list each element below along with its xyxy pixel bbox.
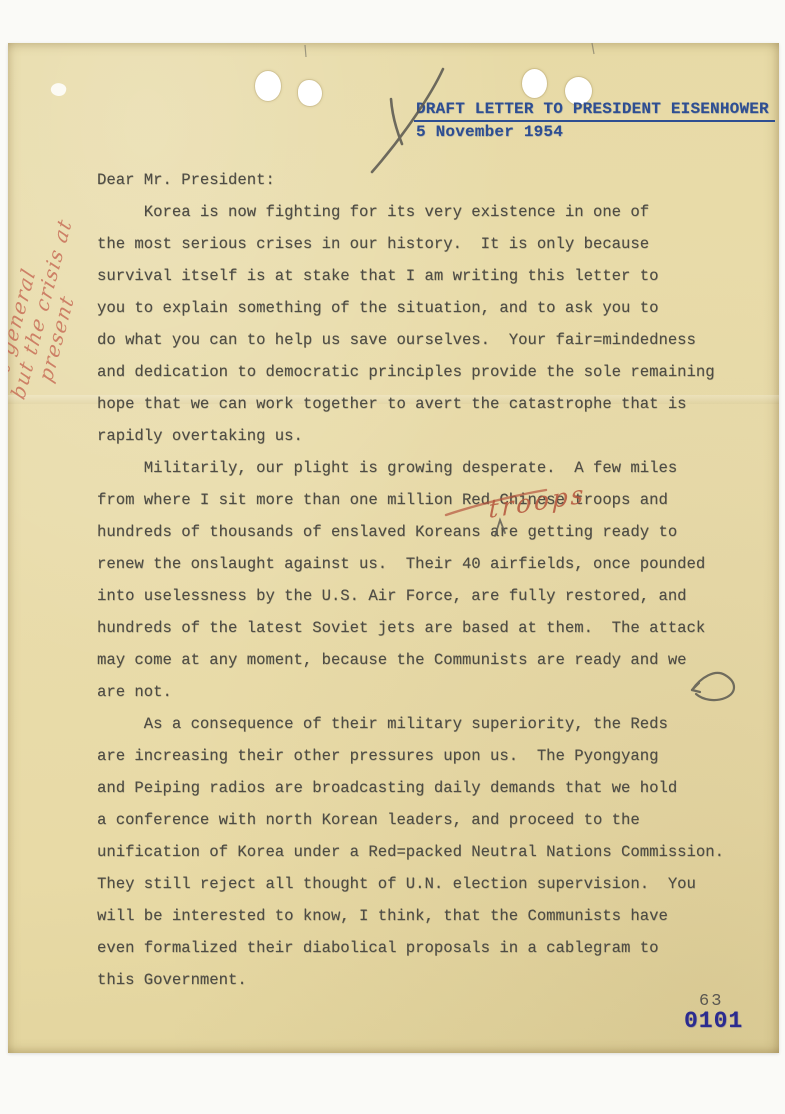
pencil-tick-marks bbox=[305, 43, 594, 57]
typed-line: do what you can to help us save ourselve… bbox=[97, 324, 724, 356]
typed-line: Dear Mr. President: bbox=[97, 164, 724, 196]
scanned-document-page: DRAFT LETTER TO PRESIDENT EISENHOWER 5 N… bbox=[0, 0, 785, 1114]
typed-line: even formalized their diabolical proposa… bbox=[97, 932, 724, 964]
typed-line: As a consequence of their military super… bbox=[97, 708, 724, 740]
typed-line: Militarily, our plight is growing desper… bbox=[97, 452, 724, 484]
paper-blemish bbox=[49, 81, 68, 98]
typed-line: hundreds of the latest Soviet jets are b… bbox=[97, 612, 724, 644]
typed-line: hope that we can work together to avert … bbox=[97, 388, 724, 420]
typed-line: and Peiping radios are broadcasting dail… bbox=[97, 772, 724, 804]
document-date: 5 November 1954 bbox=[414, 122, 775, 141]
typed-line: rapidly overtaking us. bbox=[97, 420, 724, 452]
typed-line: may come at any moment, because the Comm… bbox=[97, 644, 724, 676]
letter-paper: DRAFT LETTER TO PRESIDENT EISENHOWER 5 N… bbox=[8, 43, 779, 1053]
typed-line: into uselessness by the U.S. Air Force, … bbox=[97, 580, 724, 612]
typed-line: are increasing their other pressures upo… bbox=[97, 740, 724, 772]
typed-line: Korea is now fighting for its very exist… bbox=[97, 196, 724, 228]
typed-line: this Government. bbox=[97, 964, 724, 996]
letter-body: Dear Mr. President: Korea is now fightin… bbox=[97, 164, 724, 996]
typed-line: will be interested to know, I think, tha… bbox=[97, 900, 724, 932]
document-title: DRAFT LETTER TO PRESIDENT EISENHOWER bbox=[414, 100, 775, 122]
stamp-number: 0101 bbox=[684, 1008, 743, 1034]
typed-line: They still reject all thought of U.N. el… bbox=[97, 868, 724, 900]
punch-hole bbox=[255, 71, 281, 101]
typed-line: hundreds of thousands of enslaved Korean… bbox=[97, 516, 724, 548]
typed-line: survival itself is at stake that I am wr… bbox=[97, 260, 724, 292]
typed-line: and dedication to democratic principles … bbox=[97, 356, 724, 388]
typed-line: are not. bbox=[97, 676, 724, 708]
punch-hole bbox=[298, 80, 322, 106]
punch-hole bbox=[522, 69, 547, 98]
document-header: DRAFT LETTER TO PRESIDENT EISENHOWER 5 N… bbox=[414, 100, 775, 141]
typed-line: a conference with north Korean leaders, … bbox=[97, 804, 724, 836]
typed-line: you to explain something of the situatio… bbox=[97, 292, 724, 324]
typed-line: from where I sit more than one million R… bbox=[97, 484, 724, 516]
typed-line: unification of Korea under a Red=packed … bbox=[97, 836, 724, 868]
typed-line: renew the onslaught against us. Their 40… bbox=[97, 548, 724, 580]
typed-line: the most serious crises in our history. … bbox=[97, 228, 724, 260]
